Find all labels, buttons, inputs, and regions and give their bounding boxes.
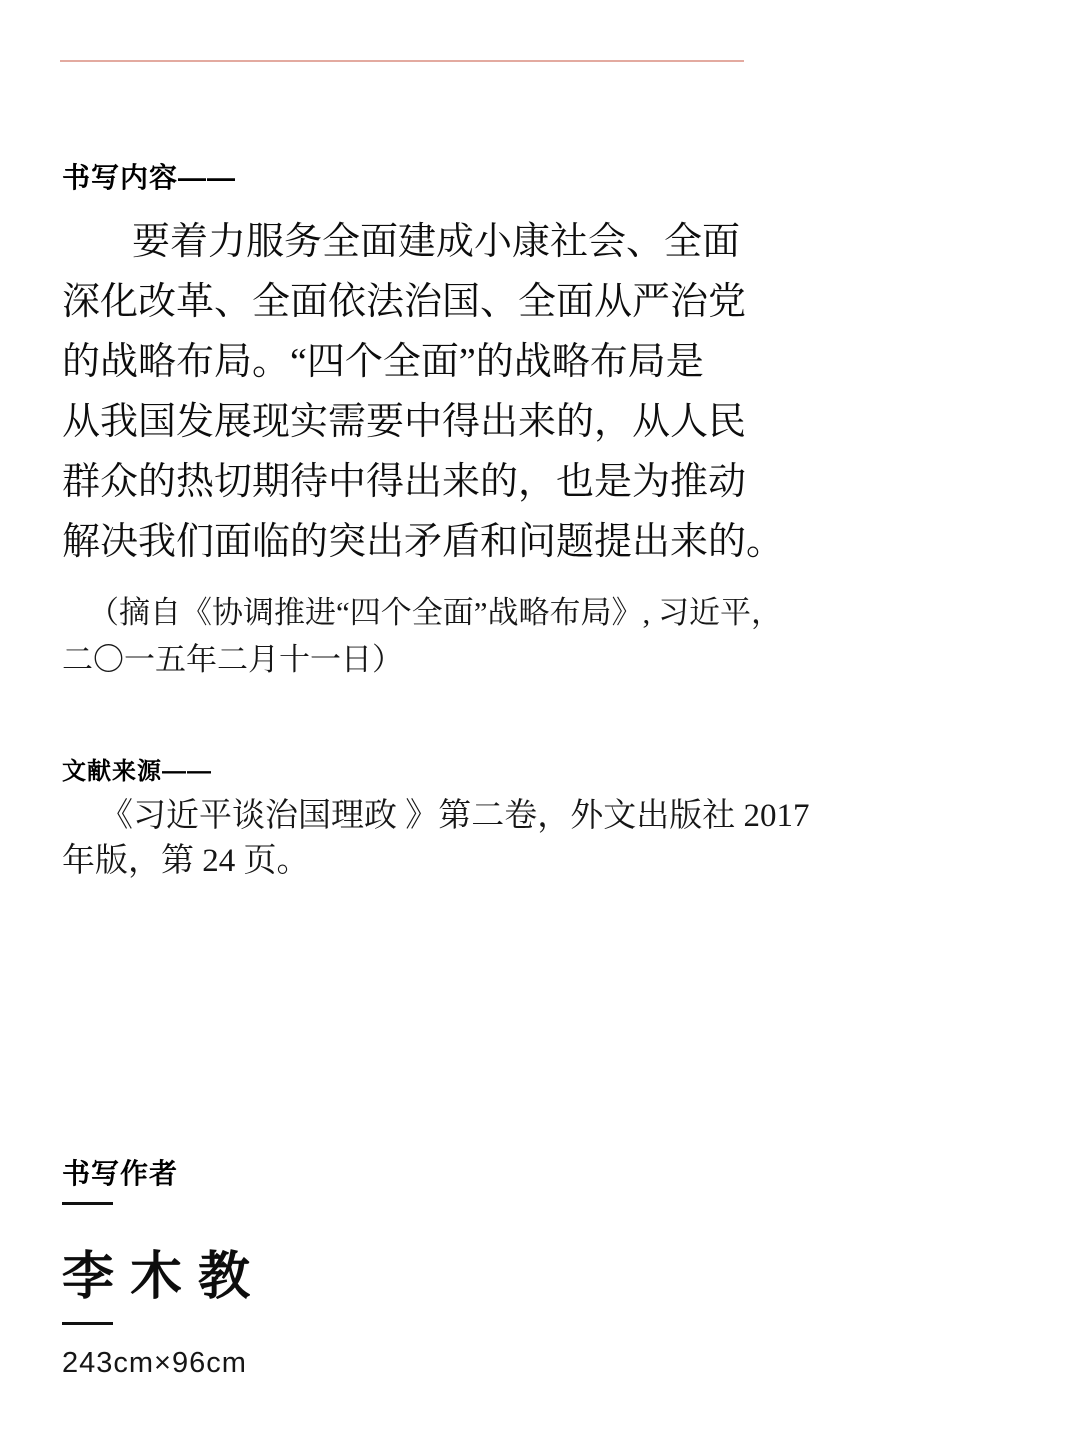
source-section-heading: 文献来源—— (62, 751, 212, 786)
source-line: 《习近平谈治国理政 》第二卷，外文出版社 2017 (62, 794, 762, 839)
content-section-heading: 书写内容—— (62, 156, 236, 196)
paragraph-line: 从我国发展现实需要中得出来的，从人民 (62, 392, 757, 452)
paragraph-line: 深化改革、全面依法治国、全面从严治党 (62, 272, 757, 332)
paragraph-line: 群众的热切期待中得出来的，也是为推动 (62, 452, 757, 512)
author-divider-rule (62, 1202, 113, 1205)
paragraph-line: 解决我们面临的突出矛盾和问题提出来的。 (62, 512, 757, 572)
source-line: 年版，第 24 页。 (62, 839, 762, 884)
quote-citation: （摘自《协调推进“四个全面”战略布局》, 习近平， 二〇一五年二月十一日） (62, 589, 757, 683)
citation-line: （摘自《协调推进“四个全面”战略布局》, 习近平， (62, 589, 757, 636)
artwork-dimensions: 243cm×96cm (62, 1347, 247, 1380)
article-page: 书写内容—— 要着力服务全面建成小康社会、全面 深化改革、全面依法治国、全面从严… (0, 0, 1080, 1439)
citation-line: 二〇一五年二月十一日） (62, 636, 757, 683)
quote-paragraph: 要着力服务全面建成小康社会、全面 深化改革、全面依法治国、全面从严治党 的战略布… (62, 212, 757, 572)
paragraph-line: 的战略布局。“四个全面”的战略布局是 (62, 332, 757, 392)
paragraph-line: 要着力服务全面建成小康社会、全面 (62, 212, 757, 272)
author-section-heading: 书写作者 (62, 1152, 178, 1192)
author-name: 李木教 (62, 1234, 266, 1309)
size-divider-rule (62, 1322, 113, 1325)
source-reference: 《习近平谈治国理政 》第二卷，外文出版社 2017 年版，第 24 页。 (62, 794, 762, 884)
top-divider-rule (60, 60, 744, 62)
